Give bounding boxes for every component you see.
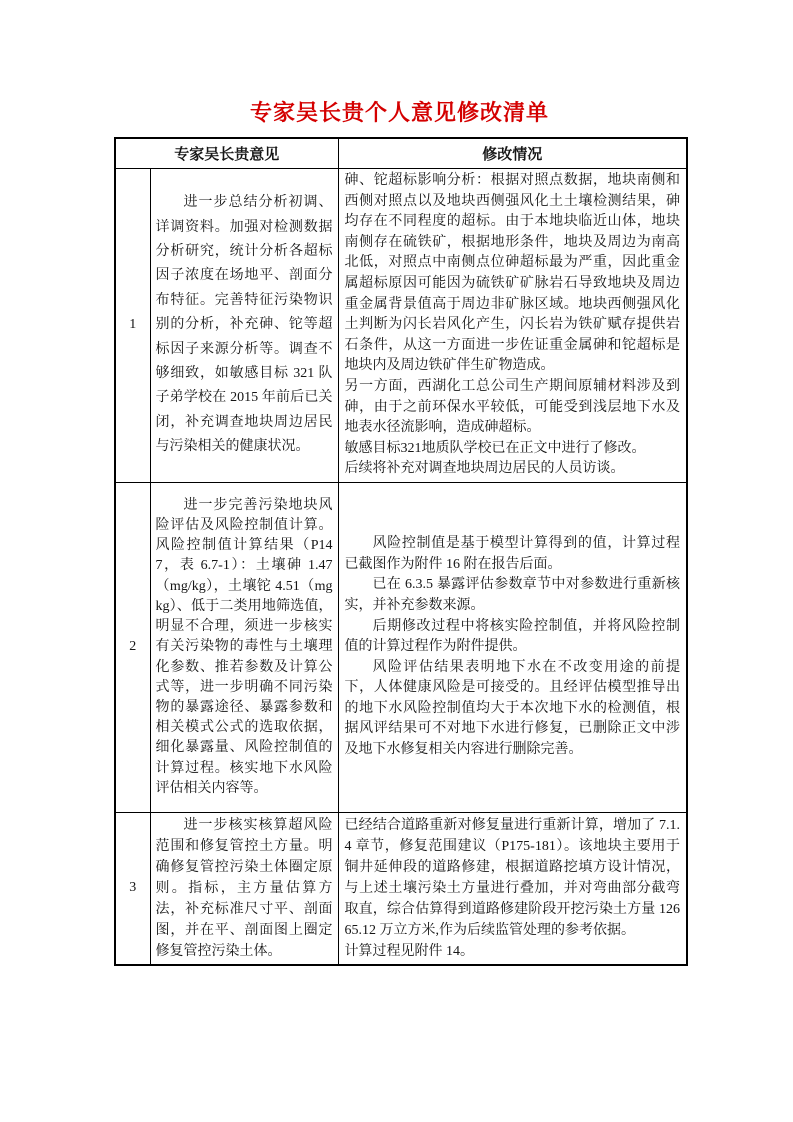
revision-paragraph: 后期修改过程中将核实险控制值，并将风险控制值的计算过程作为附件提供。 — [345, 617, 681, 658]
header-row: 专家吴长贵意见 修改情况 — [115, 138, 687, 169]
header-revision: 修改情况 — [338, 138, 687, 169]
revision-paragraph: 已在 6.3.5 暴露评估参数章节中对参数进行重新核实，并补充参数来源。 — [345, 575, 681, 616]
table-row: 2 进一步完善污染地块风险评估及风险控制值计算。风险控制值计算结果（P147，表… — [115, 482, 687, 812]
revision-table: 专家吴长贵意见 修改情况 1 进一步总结分析初调、详调资料。加强对检测数据分析研… — [114, 137, 688, 966]
revision-paragraph: 已经结合道路重新对修复量进行重新计算，增加了 7.1.4 章节，修复范围建议（P… — [345, 815, 681, 941]
table-header: 专家吴长贵意见 修改情况 — [115, 138, 687, 169]
opinion-cell: 进一步完善污染地块风险评估及风险控制值计算。风险控制值计算结果（P147，表 6… — [150, 482, 338, 812]
revision-paragraph: 风险评估结果表明地下水在不改变用途的前提下，人体健康风险是可接受的。且经评估模型… — [345, 658, 681, 761]
revision-cell: 砷、铊超标影响分析：根据对照点数据，地块南侧和西侧对照点以及地块西侧强风化土土壤… — [338, 169, 687, 483]
opinion-cell: 进一步核实核算超风险范围和修复管控土方量。明确修复管控污染土体圈定原则。指标，主… — [150, 812, 338, 965]
revision-cell: 风险控制值是基于模型计算得到的值，计算过程已截图作为附件 16 附在报告后面。已… — [338, 482, 687, 812]
page-title: 专家吴长贵个人意见修改清单 — [113, 96, 686, 127]
header-opinion: 专家吴长贵意见 — [115, 138, 338, 169]
row-number: 3 — [115, 812, 150, 965]
row-number: 1 — [115, 169, 150, 483]
row-number: 2 — [115, 482, 150, 812]
revision-paragraph: 后续将补充对调查地块周边居民的人员访谈。 — [345, 459, 681, 480]
opinion-paragraph: 进一步核实核算超风险范围和修复管控土方量。明确修复管控污染土体圈定原则。指标，主… — [156, 815, 333, 962]
revision-paragraph: 风险控制值是基于模型计算得到的值，计算过程已截图作为附件 16 附在报告后面。 — [345, 534, 681, 575]
revision-cell: 已经结合道路重新对修复量进行重新计算，增加了 7.1.4 章节，修复范围建议（P… — [338, 812, 687, 965]
revision-paragraph: 砷、铊超标影响分析：根据对照点数据，地块南侧和西侧对照点以及地块西侧强风化土土壤… — [345, 171, 681, 377]
opinion-cell: 进一步总结分析初调、详调资料。加强对检测数据分析研究，统计分析各超标因子浓度在场… — [150, 169, 338, 483]
revision-paragraph: 敏感目标321地质队学校已在正文中进行了修改。 — [345, 439, 681, 460]
revision-paragraph: 计算过程见附件 14。 — [345, 941, 681, 962]
table-row: 1 进一步总结分析初调、详调资料。加强对检测数据分析研究，统计分析各超标因子浓度… — [115, 169, 687, 483]
opinion-paragraph: 进一步总结分析初调、详调资料。加强对检测数据分析研究，统计分析各超标因子浓度在场… — [156, 191, 333, 459]
table-row: 3 进一步核实核算超风险范围和修复管控土方量。明确修复管控污染土体圈定原则。指标… — [115, 812, 687, 965]
table-body: 1 进一步总结分析初调、详调资料。加强对检测数据分析研究，统计分析各超标因子浓度… — [115, 169, 687, 965]
opinion-paragraph: 进一步完善污染地块风险评估及风险控制值计算。风险控制值计算结果（P147，表 6… — [156, 496, 333, 799]
revision-paragraph: 另一方面，西湖化工总公司生产期间原辅材料涉及到砷，由于之前环保水平较低，可能受到… — [345, 377, 681, 439]
